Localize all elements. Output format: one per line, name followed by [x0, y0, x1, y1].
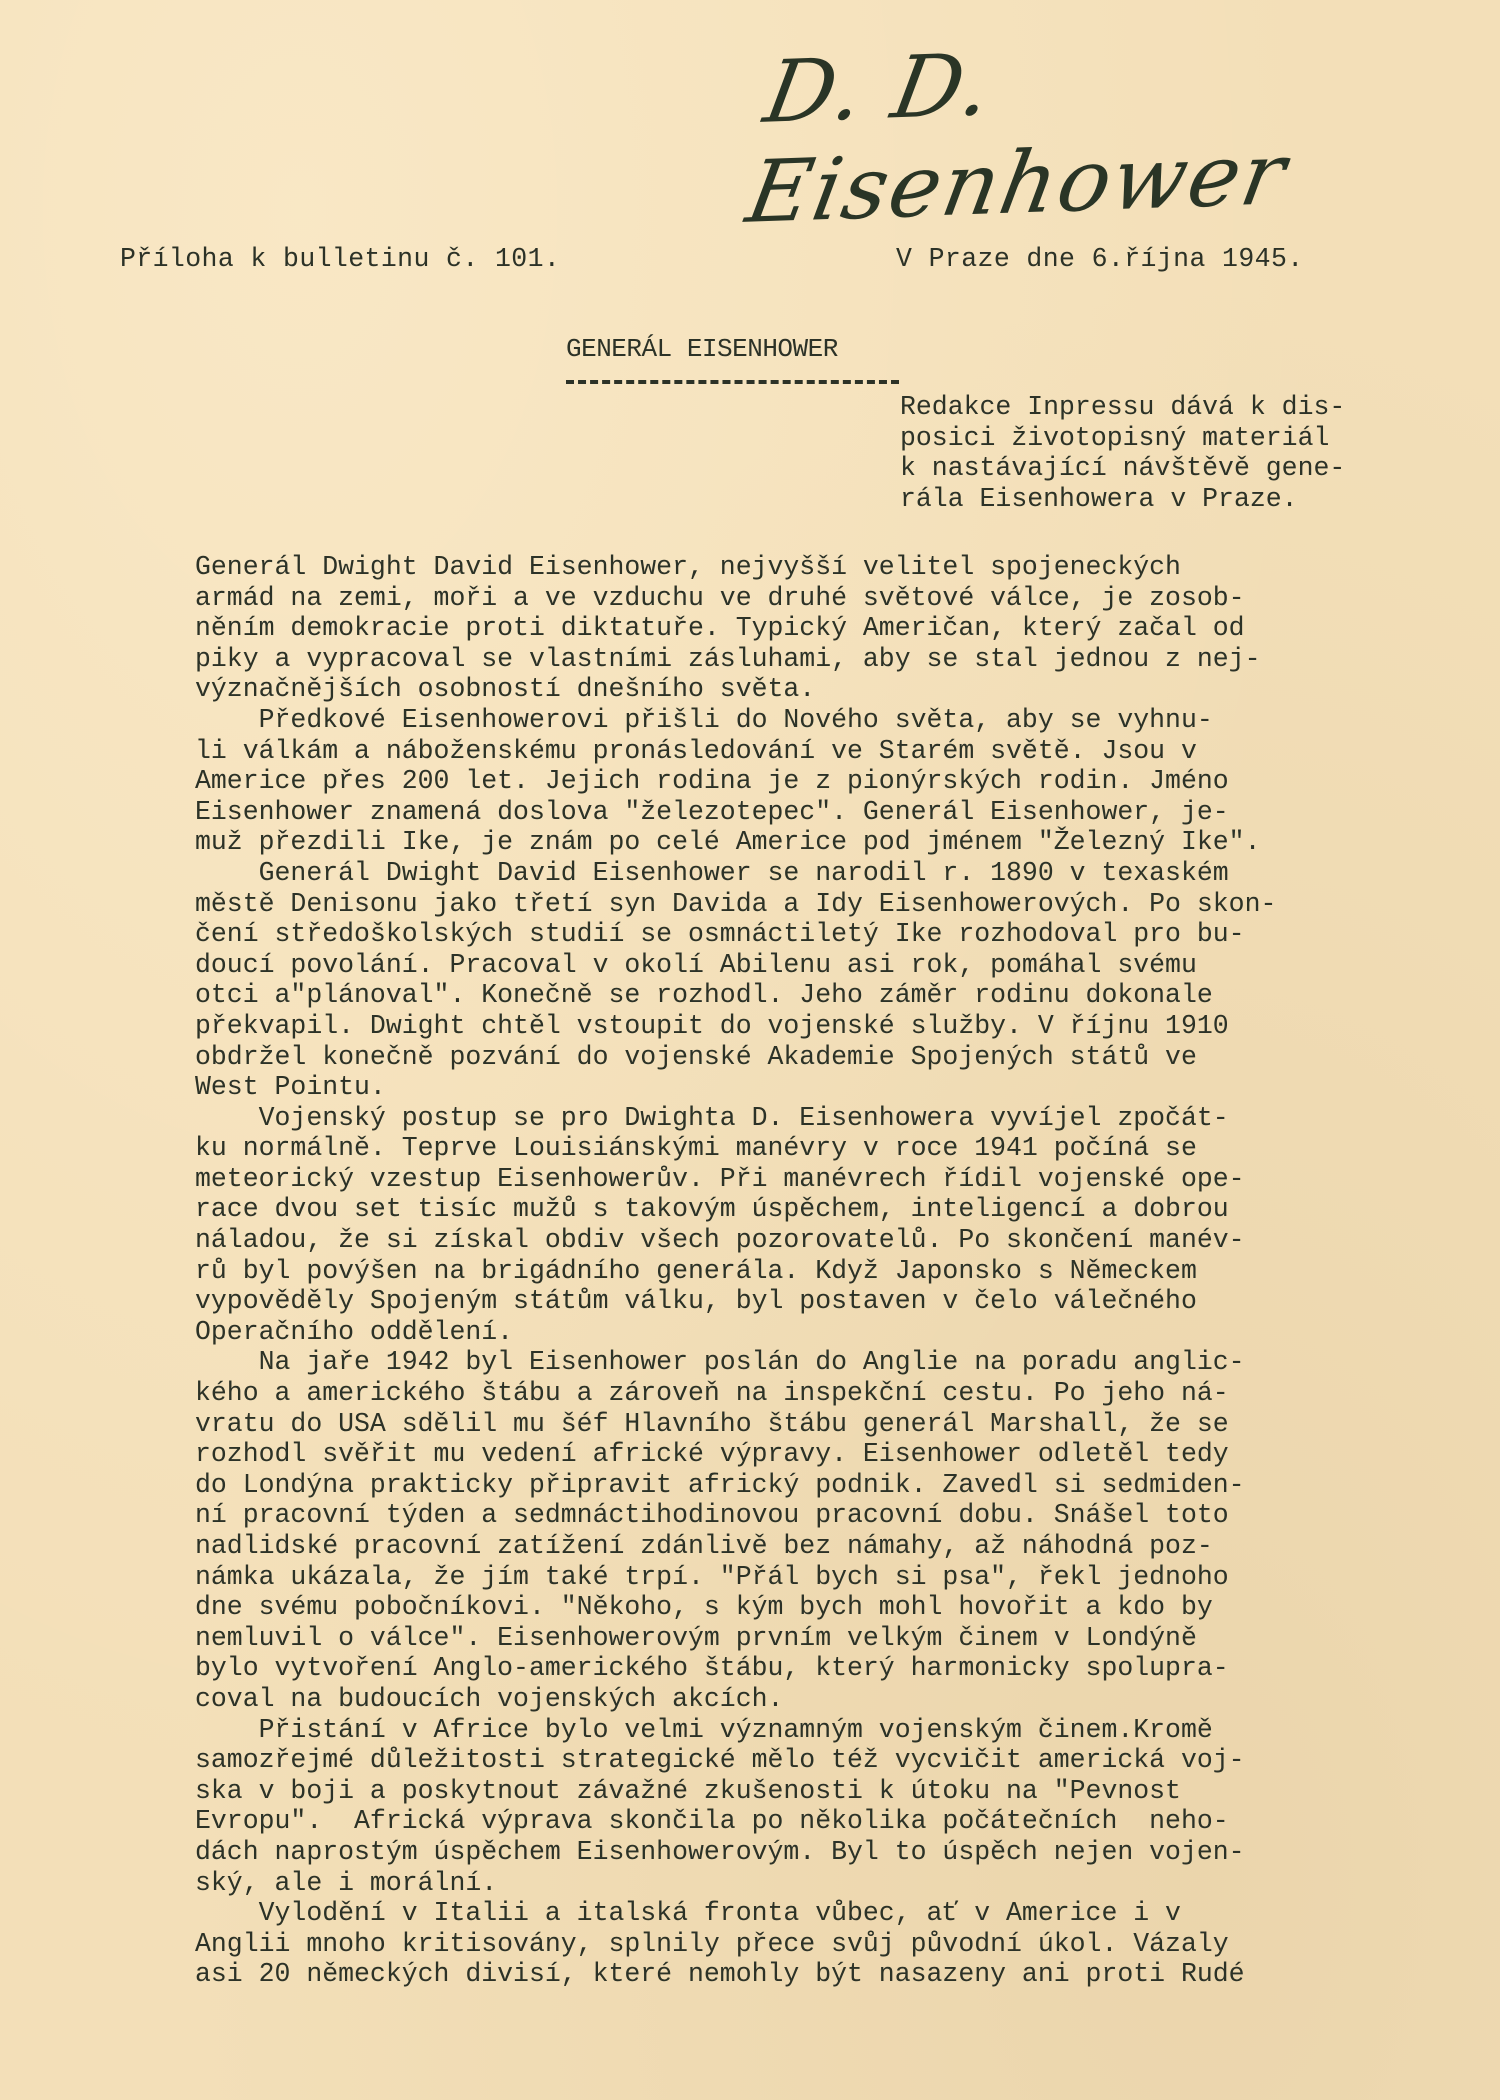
- text-line: něním demokracie proti diktatuře. Typick…: [195, 613, 1455, 644]
- text-line: li válkám a náboženskému pronásledování …: [195, 736, 1455, 767]
- text-line: obdržel konečně pozvání do vojenské Akad…: [195, 1042, 1455, 1073]
- text-line: armád na zemi, moři a ve vzduchu ve druh…: [195, 583, 1455, 614]
- text-line: dne svému pobočníkovi. "Někoho, s kým by…: [195, 1592, 1455, 1623]
- text-line: kého a amerického štábu a zároveň na ins…: [195, 1378, 1455, 1409]
- text-line: race dvou set tisíc mužů s takovým úspěc…: [195, 1194, 1455, 1225]
- text-line: čení středoškolských studií se osmnáctil…: [195, 919, 1455, 950]
- text-line: muž přezdili Ike, je znám po celé Americ…: [195, 827, 1455, 858]
- text-line: Anglii mnoho kritisovány, splnily přece …: [195, 1929, 1455, 1960]
- text-line: Evropu". Africká výprava skončila po něk…: [195, 1806, 1455, 1837]
- text-line: námka ukázala, že jím také trpí. "Přál b…: [195, 1562, 1455, 1593]
- text-line: nadlidské pracovní zatížení zdánlivě bez…: [195, 1531, 1455, 1562]
- text-line: Předkové Eisenhowerovi přišli do Nového …: [195, 705, 1455, 736]
- text-line: Přistání v Africe bylo velmi významným v…: [195, 1715, 1455, 1746]
- text-line: otci a"plánoval". Konečně se rozhodl. Je…: [195, 980, 1455, 1011]
- bulletin-reference: Příloha k bulletinu č. 101.: [120, 244, 560, 274]
- text-line: Generál Dwight David Eisenhower se narod…: [195, 858, 1455, 889]
- text-line: rozhodl svěřit mu vedení africké výpravy…: [195, 1439, 1455, 1470]
- text-line: rů byl povýšen na brigádního generála. K…: [195, 1256, 1455, 1287]
- text-line: ku normálně. Teprve Louisiánskými manévr…: [195, 1133, 1455, 1164]
- text-line: dách naprostým úspěchem Eisenhowerovým. …: [195, 1837, 1455, 1868]
- text-line: ský, ale i morální.: [195, 1868, 1455, 1899]
- intro-line: posici životopisný materiál: [900, 423, 1440, 454]
- text-line: bylo vytvoření Anglo-amerického štábu, k…: [195, 1653, 1455, 1684]
- text-line: West Pointu.: [195, 1072, 1455, 1103]
- text-line: samozřejmé důležitosti strategické mělo …: [195, 1745, 1455, 1776]
- text-line: náladou, že si získal obdiv všech pozoro…: [195, 1225, 1455, 1256]
- text-line: Vojenský postup se pro Dwighta D. Eisenh…: [195, 1103, 1455, 1134]
- text-line: vypověděly Spojeným státům válku, byl po…: [195, 1286, 1455, 1317]
- text-line: vratu do USA sdělil mu šéf Hlavního štáb…: [195, 1409, 1455, 1440]
- intro-line: rála Eisenhowera v Praze.: [900, 484, 1440, 515]
- text-line: městě Denisonu jako třetí syn Davida a I…: [195, 889, 1455, 920]
- text-line: meteorický vzestup Eisenhowerův. Při man…: [195, 1164, 1455, 1195]
- text-line: coval na budoucích vojenských akcích.: [195, 1684, 1455, 1715]
- text-line: Operačního oddělení.: [195, 1317, 1455, 1348]
- title-underline: [566, 380, 899, 384]
- text-line: doucí povolání. Pracoval v okolí Abilenu…: [195, 950, 1455, 981]
- text-line: Eisenhower znamená doslova "železotepec"…: [195, 797, 1455, 828]
- text-line: nemluvil o válce". Eisenhowerovým prvním…: [195, 1623, 1455, 1654]
- document-title: GENERÁL EISENHOWER: [566, 334, 838, 364]
- text-line: Generál Dwight David Eisenhower, nejvyšš…: [195, 552, 1455, 583]
- editorial-note: Redakce Inpressu dává k dis- posici živo…: [900, 392, 1440, 514]
- text-line: ska v boji a poskytnout závažné zkušenos…: [195, 1776, 1455, 1807]
- date-line: V Praze dne 6.října 1945.: [896, 244, 1304, 274]
- text-line: ní pracovní týden a sedmnáctihodinovou p…: [195, 1500, 1455, 1531]
- intro-line: Redakce Inpressu dává k dis-: [900, 392, 1440, 423]
- text-line: asi 20 německých divisí, které nemohly b…: [195, 1959, 1455, 1990]
- text-line: překvapil. Dwight chtěl vstoupit do voje…: [195, 1011, 1455, 1042]
- text-line: Vylodění v Italii a italská fronta vůbec…: [195, 1898, 1455, 1929]
- text-line: Na jaře 1942 byl Eisenhower poslán do An…: [195, 1347, 1455, 1378]
- text-line: Americe přes 200 let. Jejich rodina je z…: [195, 766, 1455, 797]
- handwritten-signature: D. D. Eisenhower: [740, 17, 1500, 243]
- intro-line: k nastávající návštěvě gene-: [900, 453, 1440, 484]
- text-line: do Londýna prakticky připravit africký p…: [195, 1470, 1455, 1501]
- text-line: význačnějších osobností dnešního světa.: [195, 674, 1455, 705]
- text-line: piky a vypracoval se vlastními zásluhami…: [195, 644, 1455, 675]
- body-text: Generál Dwight David Eisenhower, nejvyšš…: [195, 552, 1455, 1990]
